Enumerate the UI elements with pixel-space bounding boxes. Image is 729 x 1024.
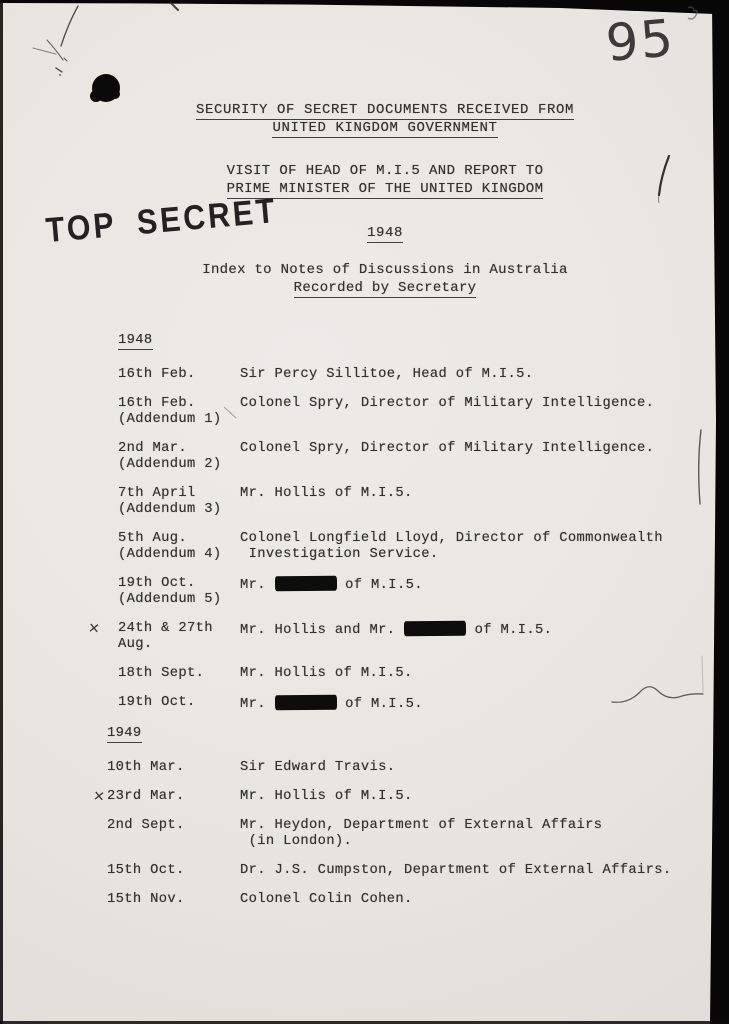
index-entry: 16th Feb.(Addendum 1)Colonel Spry, Direc… <box>118 396 698 428</box>
entry-description: Mr. Heydon, Department of External Affai… <box>240 818 602 850</box>
entry-description: Colonel Spry, Director of Military Intel… <box>240 441 654 473</box>
entry-date: 5th Aug.(Addendum 4) <box>118 531 240 563</box>
pencil-x-mark: ✕ <box>92 788 106 805</box>
entry-description: Sir Edward Travis. <box>240 760 395 776</box>
pen-slash <box>659 156 670 203</box>
index-entry: ✕23rd Mar.Mr. Hollis of M.I.5. <box>107 789 698 805</box>
index-entry: 7th April(Addendum 3)Mr. Hollis of M.I.5… <box>118 486 698 518</box>
index-heading: Index to Notes of Discussions in Austral… <box>130 261 640 297</box>
index-entry: 10th Mar.Sir Edward Travis. <box>107 760 698 776</box>
scanned-document-page: 95 SECURITY OF SECRET DOCUMENTS RECEIVED… <box>0 0 729 1024</box>
entry-date: 19th Oct. <box>118 695 240 713</box>
index-heading-line-1: Index to Notes of Discussions in Austral… <box>202 262 567 278</box>
entry-date: 23rd Mar. <box>107 789 240 805</box>
entry-description: Sir Percy Sillitoe, Head of M.I.5. <box>240 367 533 383</box>
entry-description: Colonel Longfield Lloyd, Director of Com… <box>240 531 663 563</box>
document-title: SECURITY OF SECRET DOCUMENTS RECEIVED FR… <box>130 101 640 137</box>
index-section: 194910th Mar.Sir Edward Travis.✕23rd Mar… <box>107 726 698 908</box>
redaction-block <box>274 576 336 592</box>
entry-date: 2nd Mar.(Addendum 2) <box>118 441 240 473</box>
crease-vertical <box>699 430 701 504</box>
entry-description: Dr. J.S. Cumpston, Department of Externa… <box>240 863 671 879</box>
entry-description: Mr. Hollis of M.I.5. <box>240 789 413 805</box>
entry-date: 2nd Sept. <box>107 818 240 850</box>
document-subtitle: VISIT OF HEAD OF M.I.5 AND REPORT TOPRIM… <box>130 162 640 198</box>
section-year: 1948 <box>118 333 698 349</box>
index-heading-line-2: Recorded by Secretary <box>294 280 477 298</box>
index-entry: 19th Oct.Mr. of M.I.5. <box>118 695 698 713</box>
entry-date: 16th Feb. <box>118 367 240 383</box>
entry-description: Colonel Colin Cohen. <box>240 892 413 908</box>
entry-date: 15th Oct. <box>107 863 240 879</box>
pencil-x-mark: ✕ <box>87 620 101 637</box>
smudge-top-right <box>688 7 697 19</box>
title-line-1: SECURITY OF SECRET DOCUMENTS RECEIVED FR… <box>196 102 574 120</box>
index-entry: 2nd Sept.Mr. Heydon, Department of Exter… <box>107 818 698 850</box>
entry-description: Mr. Hollis of M.I.5. <box>240 666 413 682</box>
entry-date: 15th Nov. <box>107 892 240 908</box>
index-entry: 16th Feb.Sir Percy Sillitoe, Head of M.I… <box>118 367 698 383</box>
top-secret-stamp: TOP SECRET <box>44 190 282 251</box>
entry-description: Mr. Hollis of M.I.5. <box>240 486 413 518</box>
entry-date: 10th Mar. <box>107 760 240 776</box>
entry-date: 16th Feb.(Addendum 1) <box>118 396 240 428</box>
index-entry: 15th Nov.Colonel Colin Cohen. <box>107 892 698 908</box>
section-year: 1949 <box>107 726 698 742</box>
entry-date: 24th & 27thAug. <box>118 621 240 653</box>
index-entry: 15th Oct.Dr. J.S. Cumpston, Department o… <box>107 863 698 879</box>
entry-date: 18th Sept. <box>118 666 240 682</box>
entry-description: Mr. of M.I.5. <box>240 695 423 713</box>
scan-edge-right <box>710 0 729 1024</box>
scratch-marks <box>33 3 178 76</box>
redaction-block <box>404 621 466 637</box>
scan-edge-left <box>0 0 3 1024</box>
index-entry: ✕24th & 27thAug.Mr. Hollis and Mr. of M.… <box>118 621 698 653</box>
index-entry: 5th Aug.(Addendum 4)Colonel Longfield Ll… <box>118 531 698 563</box>
subtitle-line-1: VISIT OF HEAD OF M.I.5 AND REPORT TO <box>227 163 544 179</box>
index-section: 194816th Feb.Sir Percy Sillitoe, Head of… <box>118 333 698 713</box>
entry-description: Mr. of M.I.5. <box>240 576 423 608</box>
redaction-block <box>274 695 336 711</box>
entry-date: 19th Oct.(Addendum 5) <box>118 576 240 608</box>
entry-description: Mr. Hollis and Mr. of M.I.5. <box>240 621 552 653</box>
index-list: 194816th Feb.Sir Percy Sillitoe, Head of… <box>118 333 698 921</box>
index-entry: 18th Sept.Mr. Hollis of M.I.5. <box>118 666 698 682</box>
index-entry: 19th Oct.(Addendum 5)Mr. of M.I.5. <box>118 576 698 608</box>
entry-description: Colonel Spry, Director of Military Intel… <box>240 396 654 428</box>
index-entry: 2nd Mar.(Addendum 2)Colonel Spry, Direct… <box>118 441 698 473</box>
title-line-2: UNITED KINGDOM GOVERNMENT <box>272 120 497 138</box>
ink-blot <box>90 74 120 102</box>
page-number-handwritten: 95 <box>604 9 678 74</box>
entry-date: 7th April(Addendum 3) <box>118 486 240 518</box>
